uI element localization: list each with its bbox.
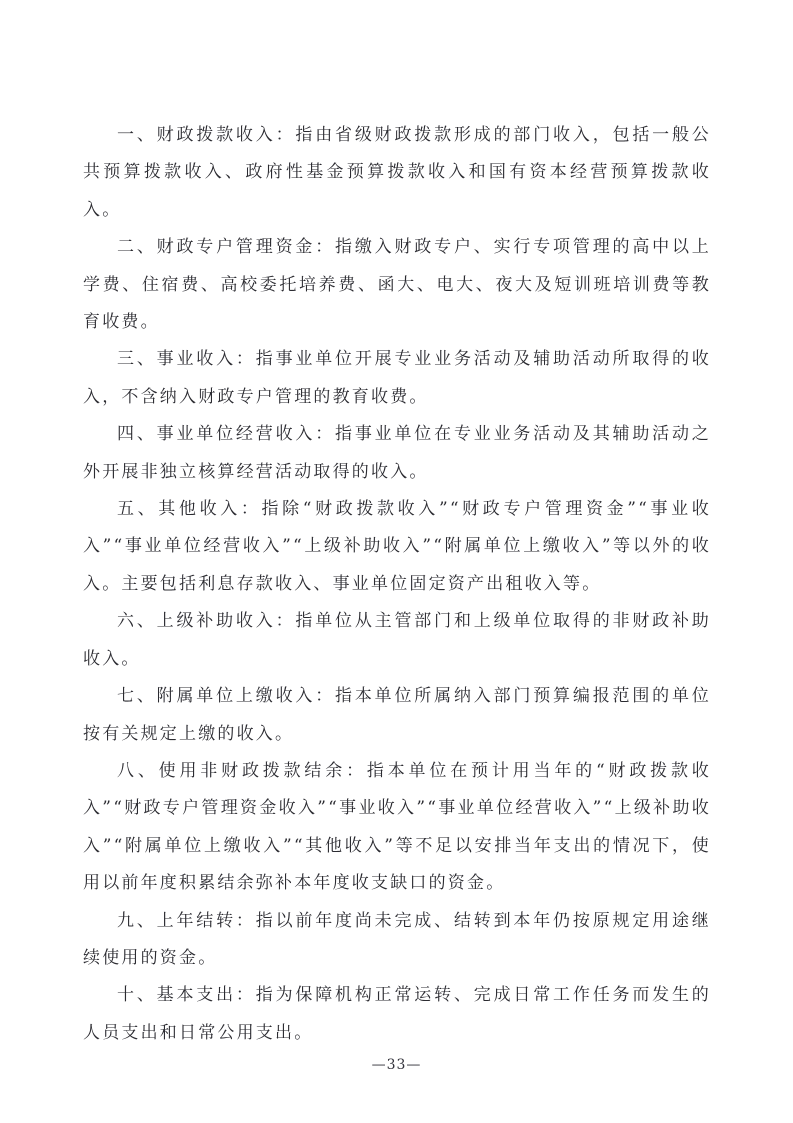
document-page: 一、财政拨款收入：指由省级财政拨款形成的部门收入，包括一般公共预算拨款收入、政府…: [0, 0, 793, 1123]
paragraph: 八、使用非财政拨款结余：指本单位在预计用当年的“财政拨款收入”“财政专户管理资金…: [83, 753, 711, 903]
paragraph: 一、财政拨款收入：指由省级财政拨款形成的部门收入，包括一般公共预算拨款收入、政府…: [83, 117, 711, 229]
paragraph: 六、上级补助收入：指单位从主管部门和上级单位取得的非财政补助收入。: [83, 603, 711, 678]
paragraph: 五、其他收入：指除“财政拨款收入”“财政专户管理资金”“事业收入”“事业单位经营…: [83, 491, 711, 603]
paragraph: 七、附属单位上缴收入：指本单位所属纳入部门预算编报范围的单位按有关规定上缴的收入…: [83, 678, 711, 753]
paragraph: 三、事业收入：指事业单位开展专业业务活动及辅助活动所取得的收入，不含纳入财政专户…: [83, 341, 711, 416]
paragraph: 二、财政专户管理资金：指缴入财政专户、实行专项管理的高中以上学费、住宿费、高校委…: [83, 229, 711, 341]
document-body-text: 一、财政拨款收入：指由省级财政拨款形成的部门收入，包括一般公共预算拨款收入、政府…: [83, 117, 711, 1052]
paragraph: 四、事业单位经营收入：指事业单位在专业业务活动及其辅助活动之外开展非独立核算经营…: [83, 416, 711, 491]
paragraph: 九、上年结转：指以前年度尚未完成、结转到本年仍按原规定用途继续使用的资金。: [83, 903, 711, 978]
page-number: —33—: [0, 1057, 793, 1073]
paragraph: 十、基本支出：指为保障机构正常运转、完成日常工作任务而发生的人员支出和日常公用支…: [83, 977, 711, 1052]
